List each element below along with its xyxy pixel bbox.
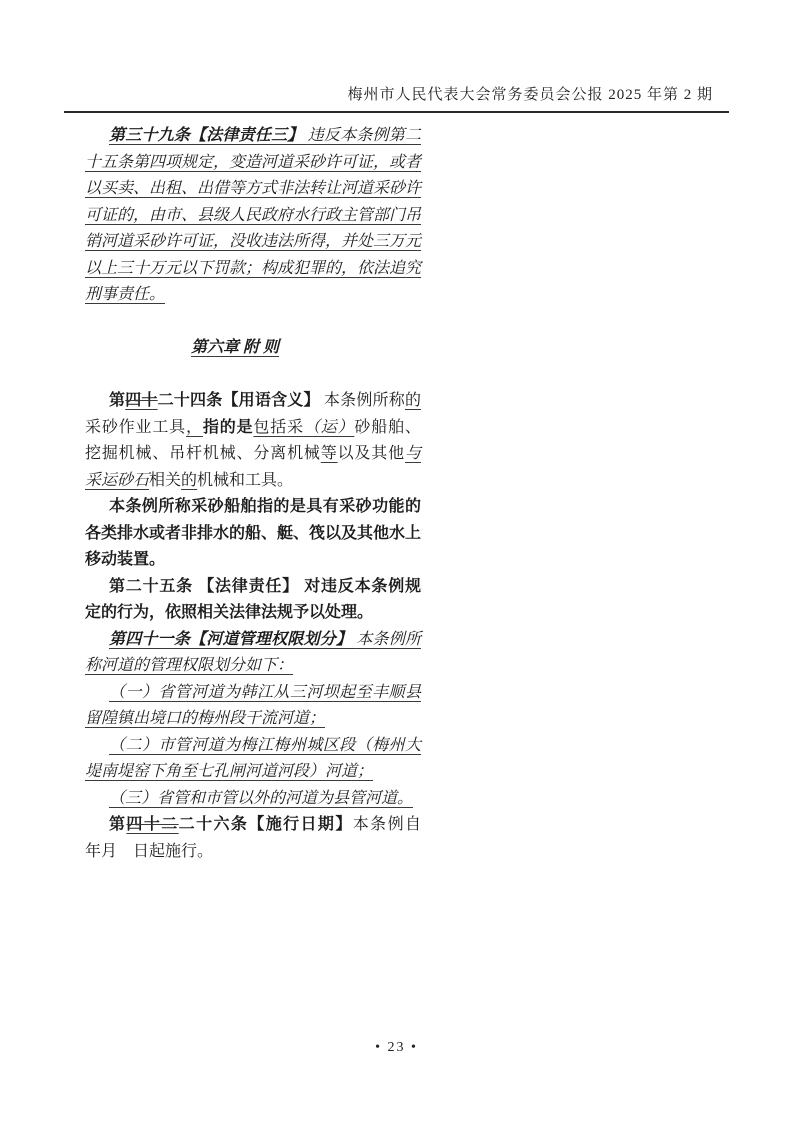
- article-41-river-jurisdiction: 第四十一条【河道管理权限划分】 本条例所称河道的管理权限划分如下：: [85, 627, 421, 680]
- text-run: 本条例所称: [320, 392, 405, 409]
- text-run: 包括采: [253, 419, 304, 436]
- text-run: 二十六条【施行日期】: [179, 816, 353, 833]
- text-run: 第二十五条 【法律责任】 对违反本条例规定的行为，依照相关法律法规予以处理。: [85, 578, 421, 622]
- text-run: 以及其他: [338, 445, 405, 462]
- running-header: 梅州市人民代表大会常务委员会公报 2025 年第 2 期: [64, 0, 729, 106]
- text-run: （三）省管和市管以外的河道为县管河道。: [109, 790, 413, 807]
- text-run: 第四十一条【河道管理权限划分】: [109, 631, 356, 648]
- text-run: 第: [109, 816, 126, 833]
- text-run: 的: [405, 392, 421, 409]
- sand-mining-vessel-definition: 本条例所称采砂船舶指的是具有采砂功能的各类排水或者非排水的船、艇、筏以及其他水上…: [85, 494, 421, 574]
- page-number: • 23 •: [0, 1040, 793, 1056]
- text-run: 第六章 附 则: [191, 339, 279, 356]
- article-26-effective-date: 第四十二二十六条【施行日期】本条例自 年月 日起施行。: [85, 812, 421, 865]
- text-run: ，: [186, 419, 203, 436]
- text-run: （运）: [304, 419, 355, 436]
- text-run: 的: [181, 472, 197, 489]
- text-run: 相关: [149, 472, 181, 489]
- article-25-legal-liability: 第二十五条 【法律责任】 对违反本条例规定的行为，依照相关法律法规予以处理。: [85, 574, 421, 627]
- text-run: 采砂作业工具: [85, 419, 186, 436]
- item-1-provincial-rivers: （一）省管河道为韩江从三河坝起至丰顺县留隍镇出境口的梅州段干流河道；: [85, 680, 421, 733]
- text-run: 等: [321, 445, 338, 462]
- text-run: 四十二: [126, 816, 178, 833]
- document-body: 第三十九条【法律责任三】 违反本条例第二十五条第四项规定，变造河道采砂许可证，或…: [85, 123, 421, 865]
- text-run: 机械和工具。: [197, 472, 293, 489]
- page-content: 梅州市人民代表大会常务委员会公报 2025 年第 2 期 第三十九条【法律责任三…: [64, 0, 729, 865]
- item-3-county-rivers: （三）省管和市管以外的河道为县管河道。: [85, 786, 421, 813]
- text-run: 第三十九条【法律责任三】: [109, 127, 308, 144]
- chapter-6-heading: 第六章 附 则: [191, 335, 421, 362]
- gazette-page: 梅州市人民代表大会常务委员会公报 2025 年第 2 期 第三十九条【法律责任三…: [0, 0, 793, 1122]
- text-run: （一）省管河道为韩江从三河坝起至丰顺县留隍镇出境口的梅州段干流河道；: [85, 684, 421, 728]
- text-run: 第: [109, 392, 125, 409]
- text-run: 违反本条例第二十五条第四项规定，变造河道采砂许可证，或者以买卖、出租、出借等方式…: [85, 127, 421, 303]
- article-24-terminology: 第四十二十四条【用语含义】 本条例所称的采砂作业工具，指的是包括采（运）砂船舶、…: [85, 388, 421, 494]
- article-39-legal-liability-3: 第三十九条【法律责任三】 违反本条例第二十五条第四项规定，变造河道采砂许可证，或…: [85, 123, 421, 309]
- item-2-municipal-rivers: （二）市管河道为梅江梅州城区段（梅州大堤南堤窑下角至七孔闸河道河段）河道；: [85, 733, 421, 786]
- text-run: 指的是: [203, 419, 254, 436]
- text-run: 四十: [125, 392, 157, 409]
- header-divider: [64, 111, 729, 113]
- text-run: 本条例所称采砂船舶指的是具有采砂功能的各类排水或者非排水的船、艇、筏以及其他水上…: [85, 498, 421, 568]
- text-run: （二）市管河道为梅江梅州城区段（梅州大堤南堤窑下角至七孔闸河道河段）河道；: [85, 737, 421, 781]
- text-run: 二十四条【用语含义】: [158, 392, 320, 409]
